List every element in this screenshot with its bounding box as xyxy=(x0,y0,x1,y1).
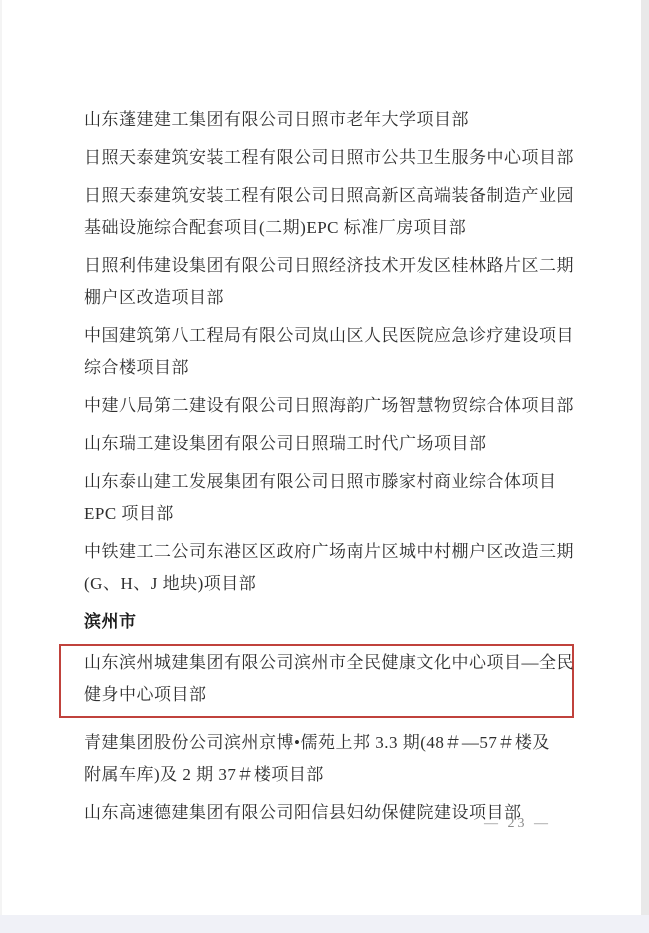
entry-line: EPC 项目部 xyxy=(84,498,574,530)
entry-line: 日照利伟建设集团有限公司日照经济技术开发区桂林路片区二期 xyxy=(84,250,574,282)
project-entry: 中国建筑第八工程局有限公司岚山区人民医院应急诊疗建设项目 综合楼项目部 xyxy=(84,320,574,384)
scanned-document-page: { "page": { "number_text": "— 23 —", "hi… xyxy=(0,0,649,933)
entry-line: 棚户区改造项目部 xyxy=(84,282,574,314)
project-entry: 日照天泰建筑安装工程有限公司日照市公共卫生服务中心项目部 xyxy=(84,142,574,174)
project-entry: 山东蓬建建工集团有限公司日照市老年大学项目部 xyxy=(84,104,574,136)
page-right-edge xyxy=(641,0,649,933)
entry-line: 健身中心项目部 xyxy=(84,679,568,711)
entry-line: 山东滨州城建集团有限公司滨州市全民健康文化中心项目—全民 xyxy=(84,647,568,679)
entry-line: 山东蓬建建工集团有限公司日照市老年大学项目部 xyxy=(84,104,574,136)
entry-line: 中建八局第二建设有限公司日照海韵广场智慧物贸综合体项目部 xyxy=(84,390,574,422)
entry-line: 中国建筑第八工程局有限公司岚山区人民医院应急诊疗建设项目 xyxy=(84,320,574,352)
city-section-heading: 滨州市 xyxy=(84,606,574,638)
project-entry: 山东瑞工建设集团有限公司日照瑞工时代广场项目部 xyxy=(84,428,574,460)
entry-line: 青建集团股份公司滨州京博•儒苑上邦 3.3 期(48＃—57＃楼及 xyxy=(84,727,574,759)
entry-line: 中铁建工二公司东港区区政府广场南片区城中村棚户区改造三期 xyxy=(84,536,574,568)
entry-line: 山东瑞工建设集团有限公司日照瑞工时代广场项目部 xyxy=(84,428,574,460)
project-entry: 日照利伟建设集团有限公司日照经济技术开发区桂林路片区二期 棚户区改造项目部 xyxy=(84,250,574,314)
entry-line: 附属车库)及 2 期 37＃楼项目部 xyxy=(84,759,574,791)
project-entry: 中铁建工二公司东港区区政府广场南片区城中村棚户区改造三期 (G、H、J 地块)项… xyxy=(84,536,574,600)
project-entry: 日照天泰建筑安装工程有限公司日照高新区高端装备制造产业园 基础设施综合配套项目(… xyxy=(84,180,574,244)
entry-line: 山东泰山建工发展集团有限公司日照市滕家村商业综合体项目 xyxy=(84,466,574,498)
entry-line: 基础设施综合配套项目(二期)EPC 标准厂房项目部 xyxy=(84,212,574,244)
project-entry: 中建八局第二建设有限公司日照海韵广场智慧物贸综合体项目部 xyxy=(84,390,574,422)
page-number: — 23 — xyxy=(484,816,551,832)
page-left-edge xyxy=(0,0,2,933)
entry-line: 日照天泰建筑安装工程有限公司日照市公共卫生服务中心项目部 xyxy=(84,142,574,174)
project-entry: 青建集团股份公司滨州京博•儒苑上邦 3.3 期(48＃—57＃楼及 附属车库)及… xyxy=(84,727,574,791)
entry-line: (G、H、J 地块)项目部 xyxy=(84,568,574,600)
page-bottom-edge xyxy=(0,915,649,933)
project-list: 山东蓬建建工集团有限公司日照市老年大学项目部 日照天泰建筑安装工程有限公司日照市… xyxy=(84,104,574,835)
entry-line: 日照天泰建筑安装工程有限公司日照高新区高端装备制造产业园 xyxy=(84,180,574,212)
project-entry: 山东泰山建工发展集团有限公司日照市滕家村商业综合体项目 EPC 项目部 xyxy=(84,466,574,530)
highlighted-entry: 山东滨州城建集团有限公司滨州市全民健康文化中心项目—全民 健身中心项目部 xyxy=(59,644,574,718)
entry-line: 综合楼项目部 xyxy=(84,352,574,384)
